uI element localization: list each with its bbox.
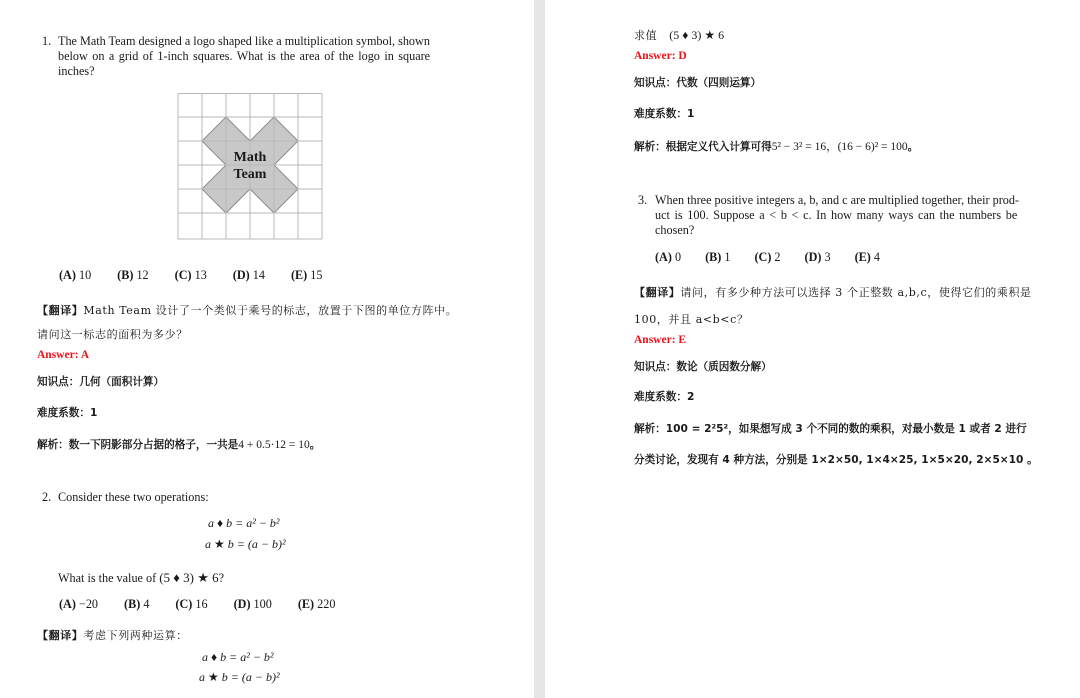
q2-difficulty: 难度系数：1: [634, 106, 694, 121]
q2-choice-b: (B) 4: [124, 597, 149, 612]
q1-choices: (A) 10 (B) 12 (C) 13 (D) 14 (E) 15: [59, 268, 348, 283]
q2-equation-star: a ★ b = (a − b)²: [205, 537, 286, 552]
q2-analysis-end: 。: [908, 141, 919, 153]
q1-number: 1.: [42, 34, 51, 49]
q2-intro: Consider these two operations:: [58, 490, 209, 505]
q2-choice-c: (C) 16: [175, 597, 207, 612]
q2-analysis-math: 5² − 3² = 16，(16 − 6)² = 100: [772, 141, 908, 153]
q1-knowledge-point: 知识点：几何（面积计算）: [37, 374, 164, 389]
q3-text-line1: When three positive integers a, b, and c…: [655, 193, 1019, 208]
q3-knowledge-point: 知识点：数论（质因数分解）: [634, 359, 772, 374]
q3-translation-text: 请问，有多少种方法可以选择 3 个正整数 a,b,c，使得它们的乘积是: [680, 286, 1031, 299]
logo-label-line1: Math: [231, 149, 269, 166]
q2-analysis-label: 解析：根据定义代入计算可得: [634, 141, 772, 153]
q3-choice-d: (D) 3: [805, 250, 831, 265]
q3-analysis-line1: 解析：100 = 2²5²，如果想写成 3 个不同的数的乘积，对最小数是 1 或…: [634, 421, 1027, 436]
q1-analysis: 解析：数一下阴影部分占据的格子，一共是4 + 0.5·12 = 10。: [37, 435, 320, 453]
math-team-logo-figure: Math Team: [177, 93, 323, 240]
q2-choices: (A) −20 (B) 4 (C) 16 (D) 100 (E) 220: [59, 597, 361, 612]
q1-translation-text: Math Team 设计了一个类似于乘号的标志，放置于下图的单位方阵中。: [83, 304, 457, 317]
q2-translation-equation-star: a ★ b = (a − b)²: [199, 670, 280, 685]
q3-answer: Answer: E: [634, 334, 686, 346]
q2-equation-diamond: a ♦ b = a² − b²: [208, 516, 280, 531]
q3-translation-line1: 【翻译】请问，有多少种方法可以选择 3 个正整数 a,b,c，使得它们的乘积是: [634, 284, 1032, 300]
q3-choices: (A) 0 (B) 1 (C) 2 (D) 3 (E) 4: [655, 250, 904, 265]
translation-tag: 【翻译】: [634, 286, 680, 299]
q2-ask-label: 求值: [634, 29, 657, 42]
q2-analysis: 解析：根据定义代入计算可得5² − 3² = 16，(16 − 6)² = 10…: [634, 137, 918, 155]
q2-choice-d: (D) 100: [234, 597, 272, 612]
q2-ask: 求值 (5 ♦ 3) ★ 6: [634, 26, 724, 44]
q3-translation-line2: 100，并且 a<b<c？: [634, 311, 749, 327]
q1-text-line3: inches?: [58, 64, 95, 79]
q2-number: 2.: [42, 490, 51, 505]
q3-choice-b: (B) 1: [705, 250, 730, 265]
left-page: 1. The Math Team designed a logo shaped …: [0, 0, 534, 698]
q3-number: 3.: [638, 193, 647, 208]
translation-tag: 【翻译】: [37, 629, 83, 642]
q1-text-line2: below on a grid of 1-inch squares. What …: [58, 49, 430, 64]
q2-question: What is the value of (5 ♦ 3) ★ 6?: [58, 570, 224, 586]
page-divider: [534, 0, 545, 698]
q3-choice-c: (C) 2: [754, 250, 780, 265]
q1-analysis-label: 解析：数一下阴影部分占据的格子，一共是: [37, 439, 238, 451]
translation-tag: 【翻译】: [37, 304, 83, 317]
q2-translation-text: 考虑下列两种运算：: [83, 629, 187, 642]
q1-analysis-math: 4 + 0.5·12 = 10: [238, 439, 309, 451]
right-page: 求值 (5 ♦ 3) ★ 6 Answer: D 知识点：代数（四则运算） 难度…: [545, 0, 1080, 698]
q1-difficulty: 难度系数：1: [37, 405, 97, 420]
q2-choice-e: (E) 220: [298, 597, 336, 612]
q3-analysis-line2: 分类讨论，发现有 4 种方法，分别是 1×2×50, 1×4×25, 1×5×2…: [634, 452, 1038, 467]
q1-text-line1: The Math Team designed a logo shaped lik…: [58, 34, 430, 49]
q3-text-line3: chosen?: [655, 223, 694, 238]
q2-answer: Answer: D: [634, 50, 687, 62]
q3-choice-a: (A) 0: [655, 250, 681, 265]
q1-answer: Answer: A: [37, 349, 89, 361]
q2-ask-math: (5 ♦ 3) ★ 6: [669, 28, 724, 42]
q2-knowledge-point: 知识点：代数（四则运算）: [634, 75, 761, 90]
q1-choice-e: (E) 15: [291, 268, 322, 283]
q2-choice-a: (A) −20: [59, 597, 98, 612]
q1-translation-line2: 请问这一标志的面积为多少？: [37, 326, 188, 342]
q3-text-line2: uct is 100. Suppose a < b < c. In how ma…: [655, 208, 1017, 223]
q3-difficulty: 难度系数：2: [634, 389, 694, 404]
q1-choice-b: (B) 12: [117, 268, 148, 283]
q1-choice-c: (C) 13: [175, 268, 207, 283]
q1-analysis-end: 。: [310, 439, 321, 451]
q2-translation: 【翻译】考虑下列两种运算：: [37, 627, 188, 643]
logo-label-line2: Team: [231, 166, 269, 183]
q2-translation-equation-diamond: a ♦ b = a² − b²: [202, 650, 274, 665]
q1-choice-d: (D) 14: [233, 268, 265, 283]
q1-choice-a: (A) 10: [59, 268, 91, 283]
logo-label: Math Team: [231, 149, 269, 183]
q3-choice-e: (E) 4: [855, 250, 880, 265]
q1-translation-line1: 【翻译】Math Team 设计了一个类似于乘号的标志，放置于下图的单位方阵中。: [37, 302, 457, 318]
